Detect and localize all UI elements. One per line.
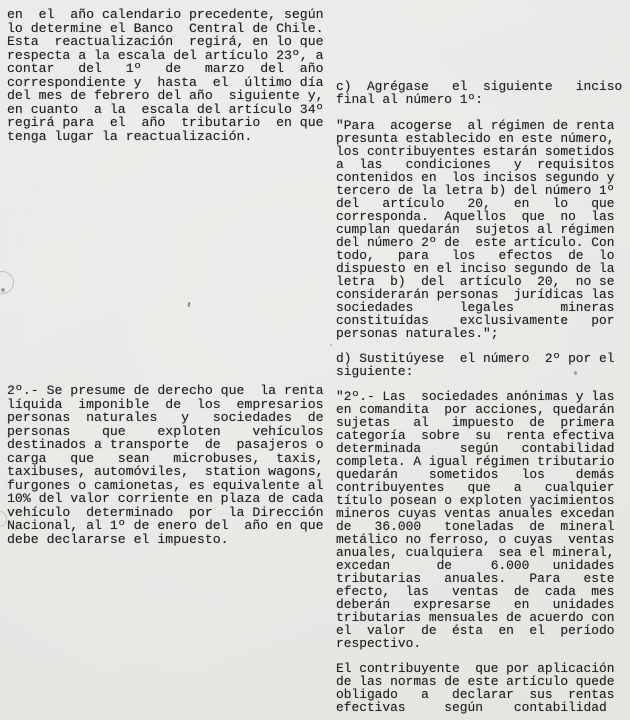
right-item-c-quoted-inciso: "Para acogerse al régimen de renta presu… — [336, 119, 614, 340]
scan-artifact-ring-dot — [1, 288, 5, 292]
left-paragraph-reactualizacion: en el año calendario precedente, según l… — [7, 8, 324, 143]
left-paragraph-numero-2-renta-presunta: 2º.- Se presume de derecho que la renta … — [7, 384, 324, 546]
right-item-c-heading: c) Agrégase el siguiente inciso final al… — [336, 80, 622, 106]
right-item-d-heading: d) Sustitúyese el número 2º por el sigui… — [336, 352, 614, 378]
scan-artifact-speck — [330, 344, 332, 346]
scan-artifact-ring — [0, 271, 14, 294]
document-page: { "doc": { "language": "es", "kind": "sc… — [0, 0, 630, 720]
scan-artifact-edge-curve — [0, 511, 7, 527]
right-item-d-quoted-numero-2: "2º.- Las sociedades anónimas y las en c… — [336, 390, 614, 650]
scan-artifact-speck — [188, 302, 191, 307]
right-paragraph-closing-contribuyente: El contribuyente que por aplicación de l… — [336, 662, 614, 714]
